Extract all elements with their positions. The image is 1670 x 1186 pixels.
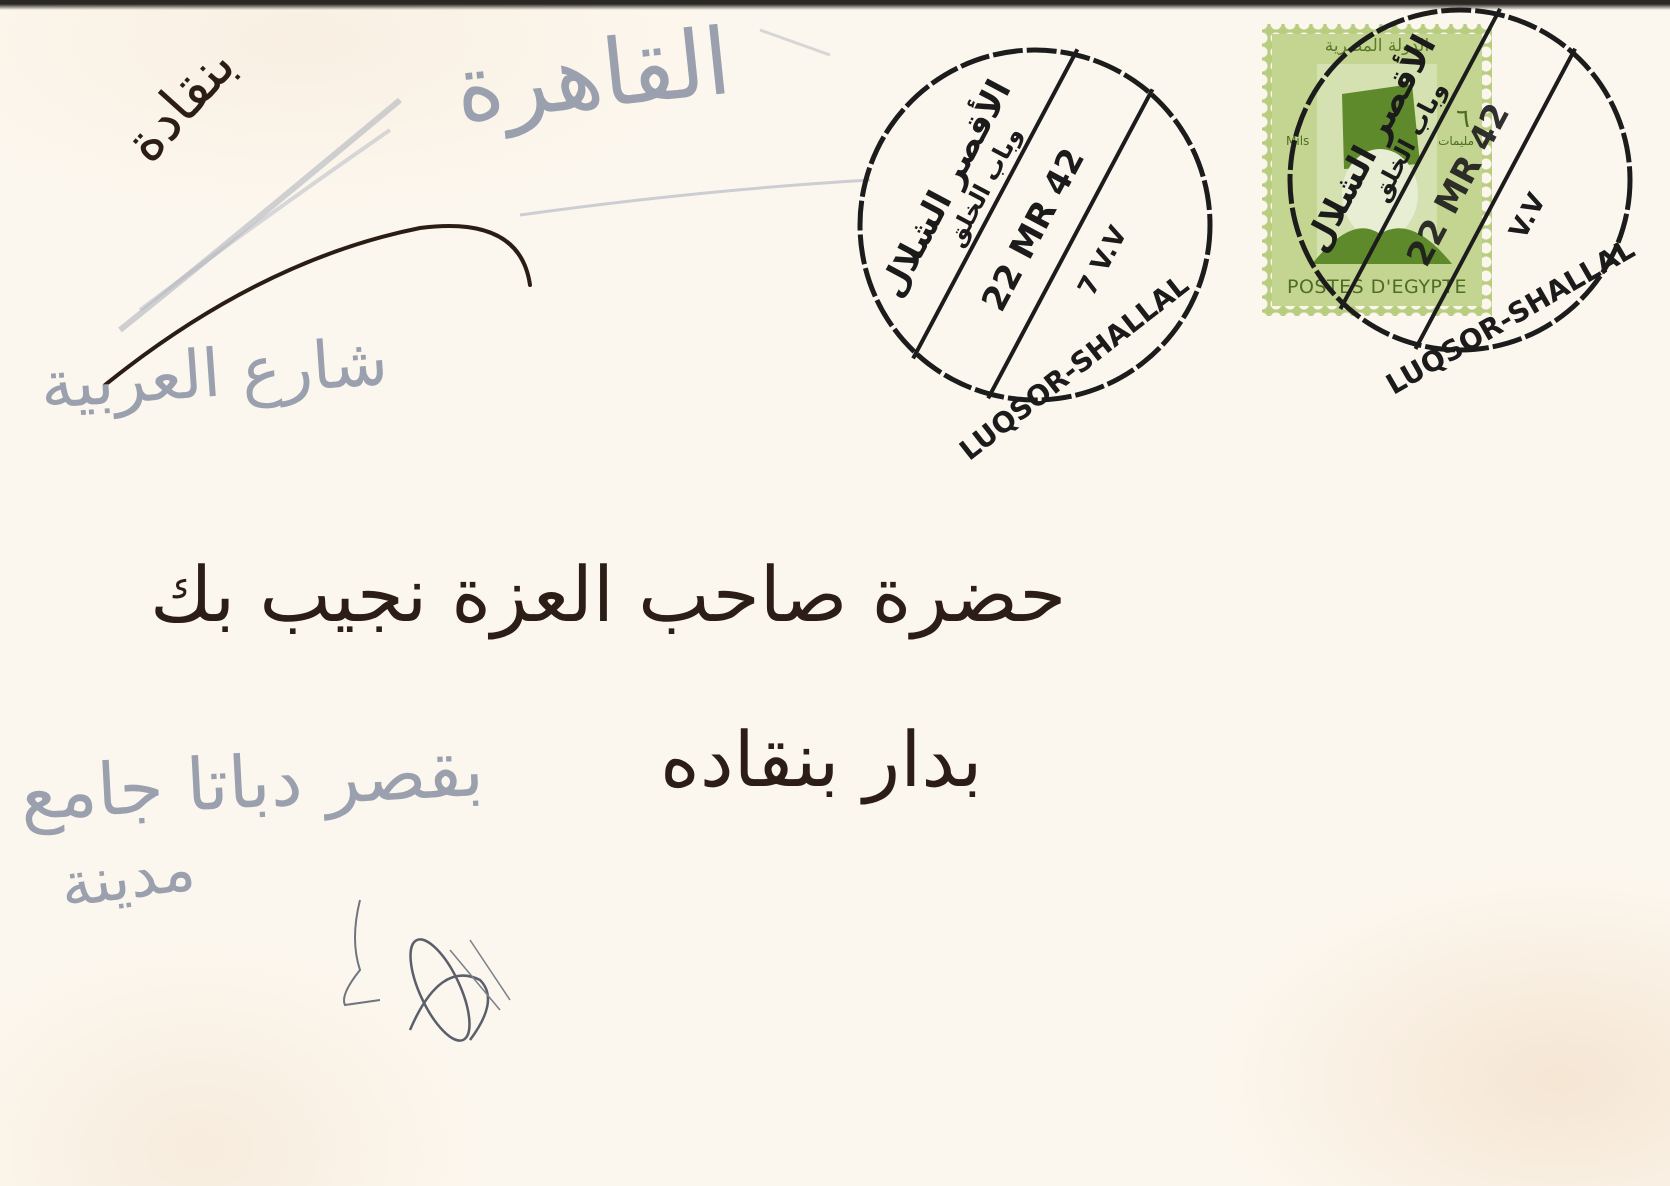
postmarks: 22 MR 42 7 V.V الأقصر الشلال وباب الخلق … — [0, 0, 1670, 1186]
postmark-2-time: V.V — [1504, 188, 1552, 243]
postmark-1-time: 7 V.V — [1072, 221, 1133, 300]
postmark-2: 22 MR 42 V.V الأقصر الشلال وباب الخلق LU… — [1276, 0, 1640, 401]
envelope: القاهرة شارع العربية بقصر دباتا جامع مدي… — [0, 0, 1670, 1186]
postmark-1: 22 MR 42 7 V.V الأقصر الشلال وباب الخلق … — [849, 15, 1210, 467]
